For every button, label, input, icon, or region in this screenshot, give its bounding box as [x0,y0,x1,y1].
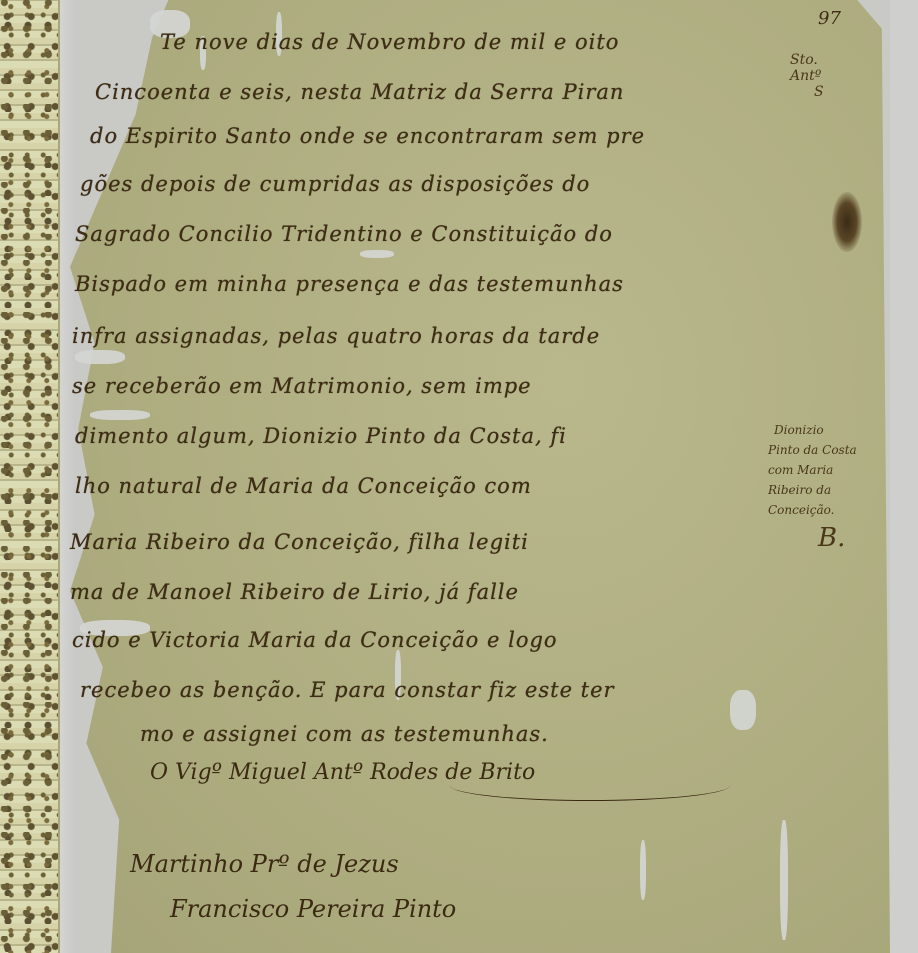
ink-stain [832,192,862,252]
paper-tear [730,690,756,730]
body-line-14: recebeo as benção. E para constar fiz es… [80,678,615,702]
margin-note-initial: B. [768,528,857,548]
margin-note-top: Sto. Antº S [790,52,824,100]
body-line-13: cido e Victoria Maria da Conceição e log… [72,628,558,652]
margin-note-line: Pinto da Costa [768,440,857,460]
margin-note-line: Conceição. [768,500,857,520]
paper-tear [360,250,394,258]
body-line-5: Sagrado Concilio Tridentino e Constituiç… [75,222,613,246]
margin-note-line: Dionizio [768,420,857,440]
margin-note-line: Antº [790,68,824,84]
margin-note-entry: Dionizio Pinto da Costa com Maria Ribeir… [768,420,857,548]
paper-tear [75,350,125,364]
body-line-8: se receberão em Matrimonio, sem impe [72,374,532,398]
body-line-7: infra assignadas, pelas quatro horas da … [72,324,600,348]
page-number: 97 [818,8,841,29]
margin-note-line: Sto. [790,52,824,68]
paper-tear [780,820,788,940]
torn-binding-edge [0,0,60,953]
body-line-12: ma de Manoel Ribeiro de Lirio, já falle [70,580,519,604]
document-scan: 97 Sto. Antº S Te nove dias de Novembro … [0,0,918,953]
body-line-11: Maria Ribeiro da Conceição, filha legiti [70,530,529,554]
body-line-6: Bispado em minha presença e das testemun… [75,272,624,296]
margin-note-line: Ribeiro da [768,480,857,500]
paper-tear [90,410,150,420]
body-line-4: gões depois de cumpridas as disposições … [80,172,590,196]
signature-witness-2: Francisco Pereira Pinto [170,895,456,923]
paper-tear [640,840,646,900]
body-line-2: Cincoenta e seis, nesta Matriz da Serra … [95,80,624,104]
margin-note-line: com Maria [768,460,857,480]
body-line-3: do Espirito Santo onde se encontraram se… [90,124,645,148]
signature-flourish [450,770,730,801]
body-line-1: Te nove dias de Novembro de mil e oito [160,30,619,54]
signature-witness-1: Martinho Prº de Jezus [130,850,399,878]
margin-note-line: S [790,84,824,100]
body-line-9: dimento algum, Dionizio Pinto da Costa, … [75,424,567,448]
body-line-10: lho natural de Maria da Conceição com [75,474,532,498]
body-line-15: mo e assignei com as testemunhas. [140,722,549,746]
right-margin-backdrop [890,0,918,953]
